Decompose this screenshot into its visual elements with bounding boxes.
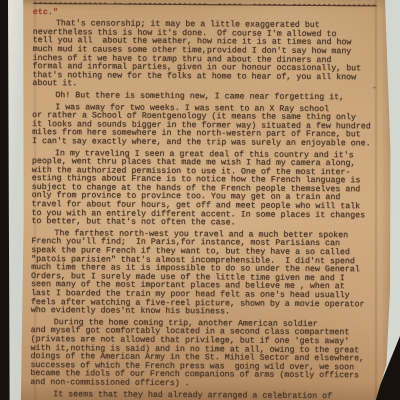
photo-background: --------------- -- ---------------- ----…: [0, 0, 400, 400]
paragraph-xray-school: I was away for two weeks. I was sent to …: [32, 104, 388, 149]
paragraph-homecoming-trip: During the home coming trip, another Ame…: [30, 319, 386, 390]
typewritten-text: --------------- -- ---------------- ----…: [30, 0, 389, 400]
paragraph-traveling: In my traveling I seen a great deal of t…: [31, 149, 388, 229]
paragraph-something-new: Oh! But there is something new, I came n…: [32, 92, 388, 103]
paragraph-celebration-cutoff: It seems that they had already arranged …: [30, 391, 386, 400]
letter-page: --------------- -- ---------------- ----…: [0, 0, 400, 400]
paragraph-censorship: That's censorship; it may be a little ex…: [32, 20, 388, 91]
paragraph-paris: The farthest north-west you travel and a…: [31, 230, 388, 318]
